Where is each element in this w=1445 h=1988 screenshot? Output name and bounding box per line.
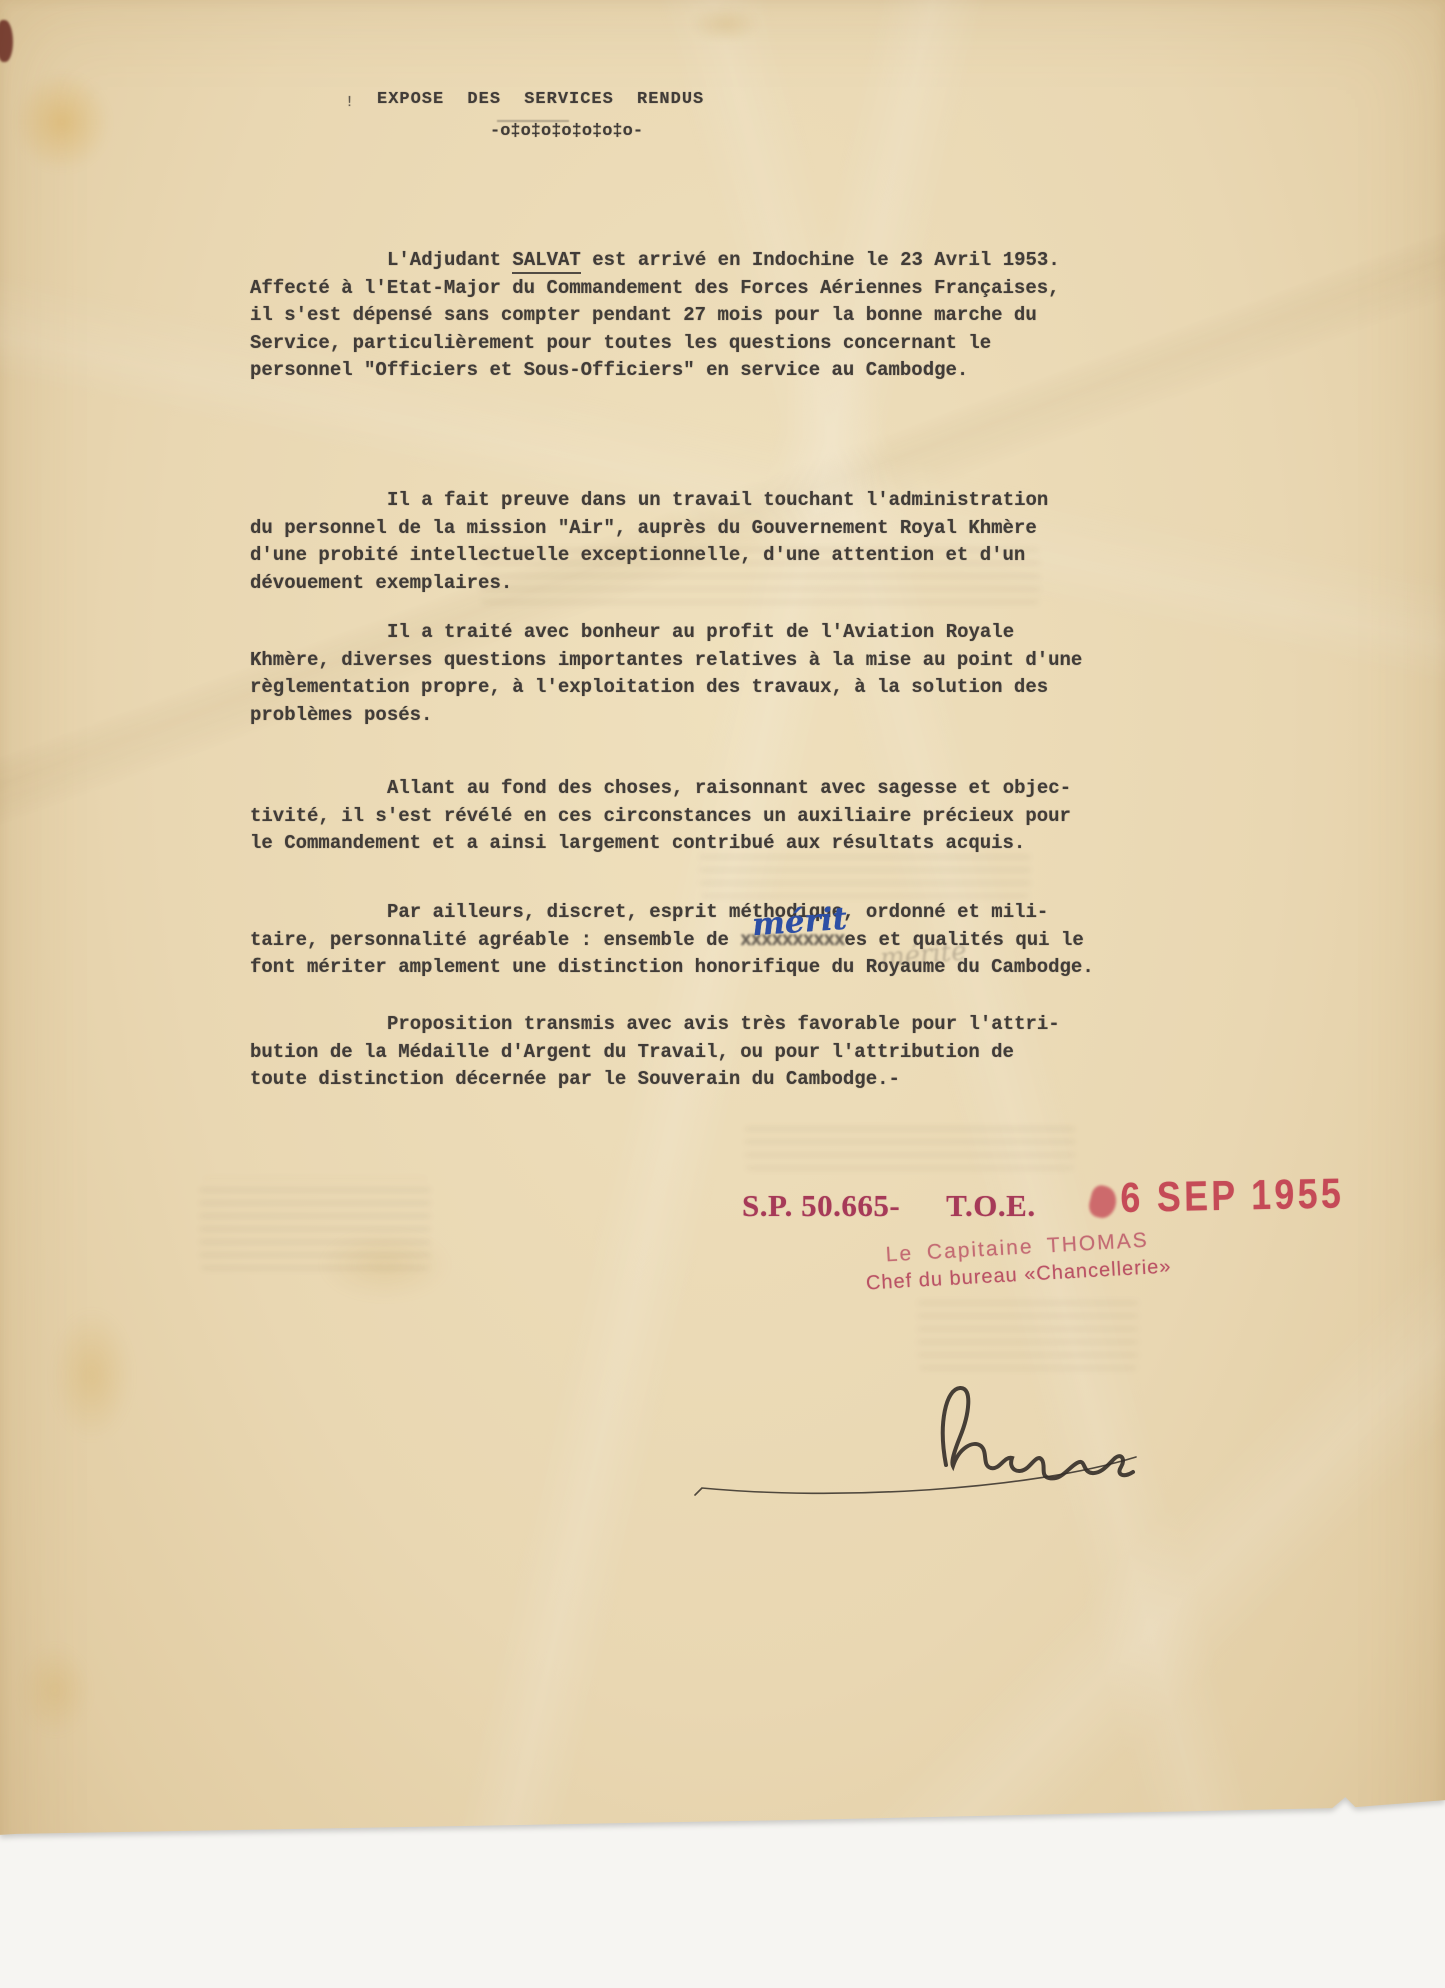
stray-typewriter-mark: ! xyxy=(345,94,354,111)
paragraph: Par ailleurs, discret, esprit méthodique… xyxy=(250,899,1150,982)
officer-stamp: Le Capitaine THOMAS Chef du bureau «Chan… xyxy=(827,1225,1209,1297)
paragraph: Il a fait preuve dans un travail touchan… xyxy=(250,487,1150,597)
typed-line: Par ailleurs, discret, esprit méthodique… xyxy=(250,899,1150,927)
typed-line: problèmes posés. xyxy=(250,702,1150,730)
scan-area: ! EXPOSE DES SERVICES RENDUS -o‡o‡o‡o‡o‡… xyxy=(0,0,1445,1988)
typed-line: Proposition transmis avec avis très favo… xyxy=(250,1011,1150,1039)
typed-line: Khmère, diverses questions importantes r… xyxy=(250,647,1150,675)
typed-line: personnel "Officiers et Sous-Officiers" … xyxy=(250,357,1150,385)
document-title: EXPOSE DES SERVICES RENDUS xyxy=(377,90,704,109)
typed-line: d'une probité intellectuelle exceptionne… xyxy=(250,542,1150,570)
typed-line: toute distinction décernée par le Souver… xyxy=(250,1066,1150,1094)
postal-sector-stamp: S.P. 50.665-T.O.E. xyxy=(742,1188,1036,1224)
paper-stain xyxy=(320,1230,450,1300)
paper-stain xyxy=(690,6,760,42)
toe-label: T.O.E. xyxy=(946,1188,1035,1223)
typed-line: bution de la Médaille d'Argent du Travai… xyxy=(250,1039,1150,1067)
typed-line: Service, particulièrement pour toutes le… xyxy=(250,330,1150,358)
typed-line: du personnel de la mission "Air", auprès… xyxy=(250,515,1150,543)
typed-line: Affecté à l'Etat-Major du Commandement d… xyxy=(250,275,1150,303)
typed-line: Il a traité avec bonheur au profit de l'… xyxy=(250,619,1150,647)
bleed-through-ghost xyxy=(700,852,1030,898)
document-page: ! EXPOSE DES SERVICES RENDUS -o‡o‡o‡o‡o‡… xyxy=(0,0,1445,1988)
stamp-ink-blot xyxy=(1087,1183,1120,1220)
sp-number: S.P. 50.665- xyxy=(742,1188,900,1223)
typed-line: règlementation propre, à l'exploitation … xyxy=(250,674,1150,702)
handwritten-ink-correction: mérit xyxy=(751,901,848,944)
date-stamp: 6 SEP 1955 xyxy=(1120,1169,1345,1222)
typed-line: Allant au fond des choses, raisonnant av… xyxy=(250,775,1150,803)
title-separator: -o‡o‡o‡o‡o‡o‡o- xyxy=(490,122,643,141)
paragraph: Proposition transmis avec avis très favo… xyxy=(250,1011,1150,1094)
typed-line: tivité, il s'est révélé en ces circonsta… xyxy=(250,803,1150,831)
typed-line: taire, personnalité agréable : ensemble … xyxy=(250,927,1150,955)
paper-stain xyxy=(20,1645,90,1735)
scanned-document: { "page": { "title": "EXPOSE DES SERVICE… xyxy=(0,0,1445,1988)
typed-line: L'Adjudant SALVAT est arrivé en Indochin… xyxy=(250,247,1150,275)
paper-stain xyxy=(52,1310,132,1440)
paper-stain xyxy=(14,72,110,172)
typed-line: Il a fait preuve dans un travail touchan… xyxy=(250,487,1150,515)
bleed-through-ghost xyxy=(918,1298,1138,1370)
paragraph: Allant au fond des choses, raisonnant av… xyxy=(250,775,1150,858)
bleed-through-ghost xyxy=(745,1118,1075,1170)
paragraph: Il a traité avec bonheur au profit de l'… xyxy=(250,619,1150,729)
typed-line: font mériter amplement une distinction h… xyxy=(250,954,1150,982)
bleed-through-ghost xyxy=(200,1178,430,1270)
typed-line: dévouement exemplaires. xyxy=(250,570,1150,598)
typed-line: il s'est dépensé sans compter pendant 27… xyxy=(250,302,1150,330)
ink-blot xyxy=(0,20,13,62)
handwritten-signature xyxy=(688,1375,1158,1505)
paragraph: L'Adjudant SALVAT est arrivé en Indochin… xyxy=(250,247,1150,385)
typed-line: le Commandement et a ainsi largement con… xyxy=(250,830,1150,858)
